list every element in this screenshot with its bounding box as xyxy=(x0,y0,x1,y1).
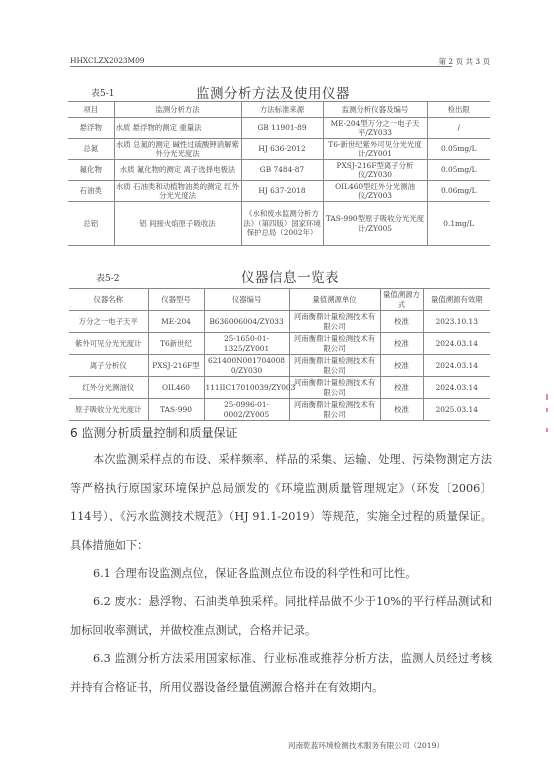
cell-item: 石油类 xyxy=(68,181,114,202)
table-row: 原子吸收分光光度计 TAS-990 25-0996-01-0002/ZY005 … xyxy=(69,399,490,421)
table-row: 石油类 水质 石油类和动植物油类的测定 红外分光光度法 HJ 637-2018 … xyxy=(68,181,490,202)
cell-calibration-mode: 校准 xyxy=(380,377,423,399)
table-row: 万分之一电子天平 ME-204 B636006004/ZY033 河南衡鼎计量检… xyxy=(69,311,490,333)
measure-item: 6.1 合理布设监测点位，保证各监测点位布设的科学性和可比性。 xyxy=(70,560,492,589)
cell-model: ME-204 xyxy=(148,311,204,333)
cell-method: 铝 间接火焰原子吸收法 xyxy=(114,202,241,246)
cell-calibration-org: 河南衡鼎计量检测技术有限公司 xyxy=(289,377,380,399)
cell-method: 水质 石油类和动植物油类的测定 红外分光光度法 xyxy=(114,181,241,202)
table-row: 悬浮物 水质 悬浮物的测定 重量法 GB 11901-89 ME-204型万分之… xyxy=(68,118,490,139)
cell-limit: 0.05mg/L xyxy=(427,139,490,160)
table-row: 紫外可见分光光度计 T6新世纪 25-1650-01-1325/ZY001 河南… xyxy=(69,333,490,355)
cell-serial: 25-0996-01-0002/ZY005 xyxy=(204,399,289,421)
page-edge-mark xyxy=(546,394,548,400)
column-header: 量值溯源单位 xyxy=(289,289,380,311)
cell-serial: 25-1650-01-1325/ZY001 xyxy=(204,333,289,355)
cell-calibration-mode: 校准 xyxy=(380,399,423,421)
instruments-table: 仪器名称 仪器型号 仪器编号 量值溯源单位 量值溯源方式 量值溯源有效期 万分之… xyxy=(69,288,490,421)
document-code: HHXCLZX2023M09 xyxy=(70,56,144,65)
cell-instrument: ME-204型万分之一电子天平/ZY033 xyxy=(323,118,427,139)
table2-title: 仪器信息一览表 xyxy=(241,266,339,286)
cell-calibration-org: 河南衡鼎计量检测技术有限公司 xyxy=(289,333,380,355)
cell-model: PXSJ-216F型 xyxy=(148,355,204,377)
column-header: 项目 xyxy=(68,102,114,118)
cell-calibration-mode: 校准 xyxy=(380,311,423,333)
column-header: 方法标准来源 xyxy=(241,102,323,118)
page-edge-mark xyxy=(546,408,548,412)
table1-caption: 表5-1 xyxy=(91,86,115,99)
column-header: 仪器型号 xyxy=(148,289,204,311)
cell-standard: HJ 637-2018 xyxy=(241,181,323,202)
cell-limit: 0.05mg/L xyxy=(427,160,490,181)
cell-item: 总氮 xyxy=(68,139,114,160)
table-row: 红外分光测油仪 OIL460 111IIC17010039/ZY003 河南衡鼎… xyxy=(69,377,490,399)
methods-table: 项目 监测分析方法 方法标准来源 监测分析仪器及编号 检出限 悬浮物 水质 悬浮… xyxy=(68,101,490,246)
table-row: 离子分析仪 PXSJ-216F型 621400N0017040080/ZY030… xyxy=(69,355,490,377)
cell-name: 万分之一电子天平 xyxy=(69,311,148,333)
cell-calibration-mode: 校准 xyxy=(380,333,423,355)
cell-instrument: TAS-990型原子吸收分光光度计/ZY005 xyxy=(323,202,427,246)
cell-valid-until: 2025.03.14 xyxy=(423,399,490,421)
cell-calibration-org: 河南衡鼎计量检测技术有限公司 xyxy=(289,311,380,333)
cell-model: OIL460 xyxy=(148,377,204,399)
cell-calibration-org: 河南衡鼎计量检测技术有限公司 xyxy=(289,399,380,421)
cell-serial: B636006004/ZY033 xyxy=(204,311,289,333)
cell-valid-until: 2024.03.14 xyxy=(423,377,490,399)
header-rule xyxy=(70,66,452,67)
cell-standard: GB 7484-87 xyxy=(241,160,323,181)
cell-instrument: T6-新世纪紫外可见分光光度计/ZY001 xyxy=(323,139,427,160)
page-edge-mark xyxy=(546,428,548,432)
cell-item: 悬浮物 xyxy=(68,118,114,139)
cell-standard: 《水和废水监测分析方法》（第四版）国家环境保护总局（2002年） xyxy=(241,202,323,246)
cell-instrument: OIL460型红外分光测油仪/ZY003 xyxy=(323,181,427,202)
column-header: 监测分析方法 xyxy=(114,102,241,118)
cell-name: 紫外可见分光光度计 xyxy=(69,333,148,355)
column-header: 仪器编号 xyxy=(204,289,289,311)
table-header-row: 项目 监测分析方法 方法标准来源 监测分析仪器及编号 检出限 xyxy=(68,102,490,118)
cell-name: 原子吸收分光光度计 xyxy=(69,399,148,421)
cell-instrument: PXSJ-216F型离子分析仪/ZY030 xyxy=(323,160,427,181)
cell-model: TAS-990 xyxy=(148,399,204,421)
table-row: 总铝 铝 间接火焰原子吸收法 《水和废水监测分析方法》（第四版）国家环境保护总局… xyxy=(68,202,490,246)
cell-item: 总铝 xyxy=(68,202,114,246)
column-header: 量值溯源方式 xyxy=(380,289,423,311)
cell-valid-until: 2024.03.14 xyxy=(423,355,490,377)
cell-valid-until: 2023.10.13 xyxy=(423,311,490,333)
cell-method: 水质 总氮的测定 碱性过硫酸钾消解紫外分光光度法 xyxy=(114,139,241,160)
measure-item: 6.3 监测分析方法采用国家标准、行业标准或推荐分析方法，监测人员经过考核并持有… xyxy=(70,645,492,702)
table-header-row: 仪器名称 仪器型号 仪器编号 量值溯源单位 量值溯源方式 量值溯源有效期 xyxy=(69,289,490,311)
cell-limit: 0.1mg/L xyxy=(427,202,490,246)
cell-model: T6新世纪 xyxy=(148,333,204,355)
cell-method: 水质 氟化物的测定 离子选择电极法 xyxy=(114,160,241,181)
cell-method: 水质 悬浮物的测定 重量法 xyxy=(114,118,241,139)
table2-caption: 表5-2 xyxy=(96,271,120,284)
cell-standard: GB 11901-89 xyxy=(241,118,323,139)
cell-limit: 0.06mg/L xyxy=(427,181,490,202)
cell-calibration-org: 河南衡鼎计量检测技术有限公司 xyxy=(289,355,380,377)
cell-name: 离子分析仪 xyxy=(69,355,148,377)
column-header: 量值溯源有效期 xyxy=(423,289,490,311)
column-header: 监测分析仪器及编号 xyxy=(323,102,427,118)
table-row: 氟化物 水质 氟化物的测定 离子选择电极法 GB 7484-87 PXSJ-21… xyxy=(68,160,490,181)
cell-valid-until: 2024.03.14 xyxy=(423,333,490,355)
cell-serial: 621400N0017040080/ZY030 xyxy=(204,355,289,377)
cell-serial: 111IIC17010039/ZY003 xyxy=(204,377,289,399)
cell-item: 氟化物 xyxy=(68,160,114,181)
table1-title: 监测分析方法及使用仪器 xyxy=(196,82,350,102)
cell-limit: / xyxy=(427,118,490,139)
section-heading: 6 监测分析质量控制和质量保证 xyxy=(70,424,237,441)
cell-name: 红外分光测油仪 xyxy=(69,377,148,399)
column-header: 检出限 xyxy=(427,102,490,118)
measure-item: 6.2 废水：悬浮物、石油类单独采样。同批样品做不少于10%的平行样品测试和加标… xyxy=(70,588,492,645)
cell-calibration-mode: 校准 xyxy=(380,355,423,377)
section-intro-paragraph: 本次监测采样点的布设、采样频率、样品的采集、运输、处理、污染物测定方法等严格执行… xyxy=(70,446,492,560)
column-header: 仪器名称 xyxy=(69,289,148,311)
footer-company: 河南乾蓝环境检测技术服务有限公司（2019） xyxy=(288,740,444,751)
cell-standard: HJ 636-2012 xyxy=(241,139,323,160)
table-row: 总氮 水质 总氮的测定 碱性过硫酸钾消解紫外分光光度法 HJ 636-2012 … xyxy=(68,139,490,160)
